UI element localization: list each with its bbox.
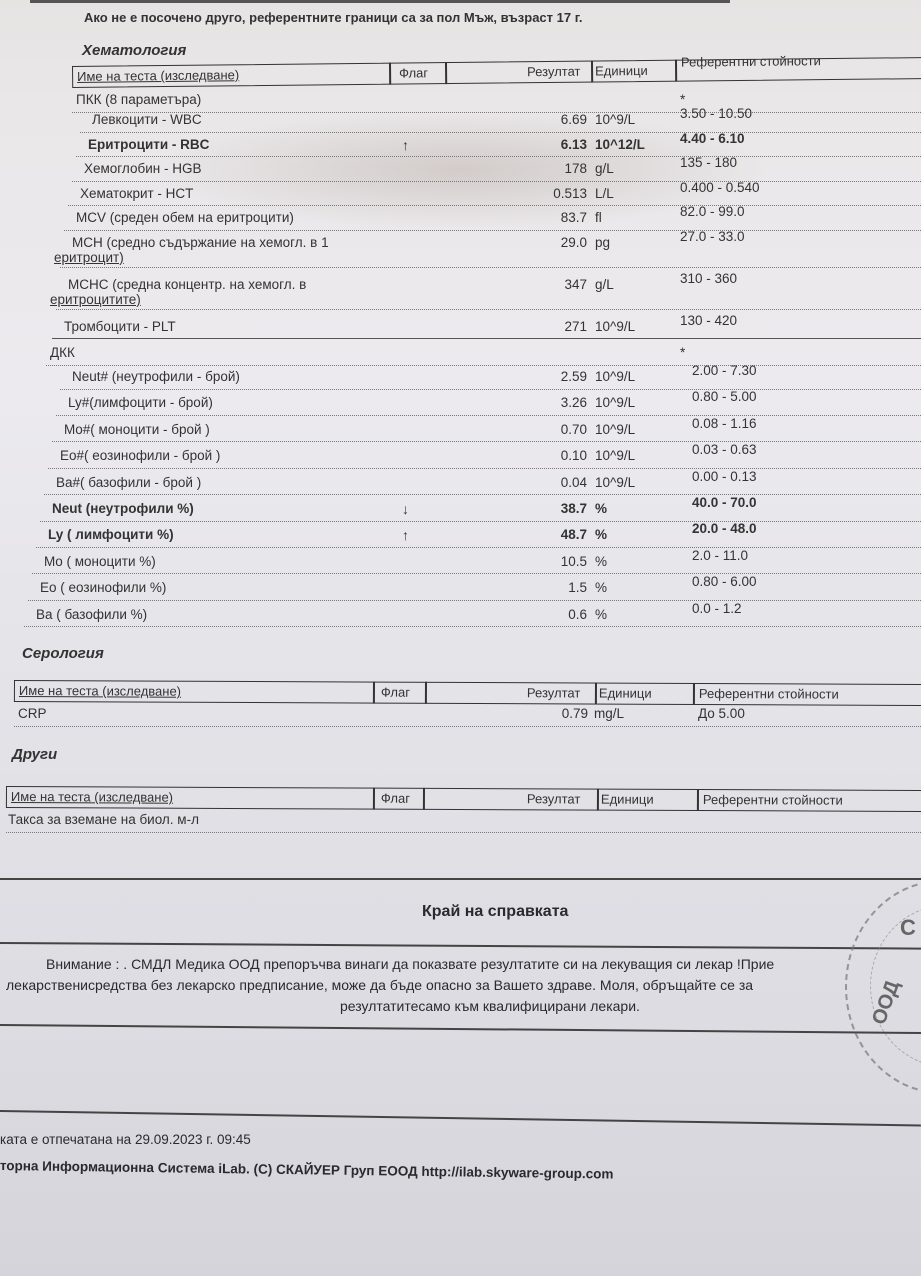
table-row: Еритроцити - RBC↑6.1310^12/L4.40 - 6.10 bbox=[76, 133, 921, 158]
table-row: MCV (среден обем на еритроцити)83.7fl82.… bbox=[64, 206, 921, 231]
test-name: Mo#( моноцити - брой ) bbox=[64, 422, 210, 437]
test-reference: 3.50 - 10.50 bbox=[680, 106, 752, 121]
header-flag: Флаг bbox=[381, 791, 410, 806]
section-title-other: Други bbox=[12, 746, 57, 763]
test-units: 10^9/L bbox=[595, 422, 635, 437]
flag-low-icon: ↓ bbox=[402, 501, 409, 517]
test-reference: 0.0 - 1.2 bbox=[692, 601, 742, 616]
group-ref-note: * bbox=[680, 345, 685, 360]
test-result: 0.513 bbox=[527, 186, 587, 201]
test-name: MCV (среден обем на еритроцити) bbox=[76, 210, 294, 225]
test-units: pg bbox=[595, 235, 610, 250]
top-rule bbox=[30, 0, 730, 3]
test-result: 38.7 bbox=[527, 501, 587, 516]
test-reference: 20.0 - 48.0 bbox=[692, 521, 757, 536]
table-row: Eo ( еозинофили %)1.5%0.80 - 6.00 bbox=[28, 576, 921, 601]
reference-note: Ако не е посочено друго, референтните гр… bbox=[84, 10, 582, 25]
test-reference: 2.0 - 11.0 bbox=[692, 548, 748, 563]
divider bbox=[0, 878, 921, 880]
printed-timestamp: ката е отпечатана на 29.09.2023 г. 09:45 bbox=[0, 1132, 251, 1147]
header-units: Единици bbox=[601, 792, 654, 807]
group-label: ПКК (8 параметъра) bbox=[76, 92, 201, 107]
table-row: Neut (неутрофили %)↓38.7%40.0 - 70.0 bbox=[40, 497, 921, 522]
table-row: Ly ( лимфоцити %)↑48.7%20.0 - 48.0 bbox=[36, 523, 921, 548]
test-result: 0.79 bbox=[528, 706, 588, 721]
table-row: MCH (средно съдържание на хемогл. в 1ери… bbox=[60, 231, 921, 268]
warning-line-2: лекарственисредства без лекарско предпис… bbox=[6, 977, 753, 993]
test-reference: До 5.00 bbox=[698, 706, 745, 721]
test-name-continued: еритроцитите) bbox=[50, 292, 141, 307]
section-title-hematology: Хематология bbox=[82, 42, 186, 59]
group-label-row: ДКК* bbox=[46, 341, 921, 366]
test-reference: 130 - 420 bbox=[680, 313, 737, 328]
test-name: Еритроцити - RBC bbox=[88, 137, 209, 152]
header-name: Име на теста (изследване) bbox=[19, 683, 181, 699]
test-units: L/L bbox=[595, 186, 614, 201]
flag-high-icon: ↑ bbox=[402, 137, 409, 153]
test-reference: 2.00 - 7.30 bbox=[692, 363, 757, 378]
test-result: 48.7 bbox=[527, 527, 587, 542]
test-units: 10^9/L bbox=[595, 475, 635, 490]
group-ref-note: * bbox=[680, 92, 685, 107]
test-result: 10.5 bbox=[527, 554, 587, 569]
divider bbox=[0, 942, 921, 949]
test-name: Neut (неутрофили %) bbox=[52, 501, 194, 516]
test-name: Тромбоцити - PLT bbox=[64, 319, 176, 334]
hematology-table-header: Име на теста (изследване) Флаг Резултат … bbox=[72, 57, 921, 88]
test-reference: 0.08 - 1.16 bbox=[692, 416, 757, 431]
test-units: g/L bbox=[595, 277, 614, 292]
test-result: 271 bbox=[527, 319, 587, 334]
test-reference: 310 - 360 bbox=[680, 271, 737, 286]
test-units: mg/L bbox=[594, 706, 624, 721]
test-name: Хемоглобин - HGB bbox=[84, 161, 201, 176]
table-row: Левкоцити - WBC6.6910^9/L3.50 - 10.50 bbox=[80, 108, 921, 133]
test-reference: 135 - 180 bbox=[680, 155, 737, 170]
test-result: 178 bbox=[527, 161, 587, 176]
test-name: Eo#( еозинофили - брой ) bbox=[60, 448, 220, 463]
test-units: 10^9/L bbox=[595, 395, 635, 410]
test-result: 0.70 bbox=[527, 422, 587, 437]
divider bbox=[0, 1024, 921, 1034]
test-result: 83.7 bbox=[527, 210, 587, 225]
test-units: 10^9/L bbox=[595, 319, 635, 334]
test-name: Ba#( базофили - брой ) bbox=[56, 475, 201, 490]
test-name: Такса за вземане на биол. м-л bbox=[8, 812, 199, 827]
table-row: Mo#( моноцити - брой )0.7010^9/L0.08 - 1… bbox=[52, 418, 921, 443]
test-units: % bbox=[595, 554, 607, 569]
test-name: CRP bbox=[18, 706, 47, 721]
group-label: ДКК bbox=[50, 345, 75, 360]
test-name: Левкоцити - WBC bbox=[92, 112, 202, 127]
table-row: Хематокрит - HCT0.513L/L0.400 - 0.540 bbox=[68, 182, 921, 207]
header-result: Резултат bbox=[527, 685, 580, 700]
test-name: Ly#(лимфоцити - брой) bbox=[68, 395, 213, 410]
test-reference: 82.0 - 99.0 bbox=[680, 204, 745, 219]
stamp-letter: С bbox=[900, 915, 916, 941]
test-units: % bbox=[595, 580, 607, 595]
test-reference: 0.80 - 5.00 bbox=[692, 389, 757, 404]
test-reference: 4.40 - 6.10 bbox=[680, 131, 745, 146]
table-row: Mo ( моноцити %)10.5%2.0 - 11.0 bbox=[32, 550, 921, 575]
test-name: Mo ( моноцити %) bbox=[44, 554, 156, 569]
table-row: Хемоглобин - HGB178g/L135 - 180 bbox=[72, 157, 921, 182]
test-result: 0.10 bbox=[527, 448, 587, 463]
test-result: 29.0 bbox=[527, 235, 587, 250]
header-flag: Флаг bbox=[381, 685, 410, 700]
test-result: 0.04 bbox=[527, 475, 587, 490]
test-units: 10^9/L bbox=[595, 369, 635, 384]
test-reference: 0.80 - 6.00 bbox=[692, 574, 757, 589]
test-result: 1.5 bbox=[527, 580, 587, 595]
table-row: Ba ( базофили %)0.6%0.0 - 1.2 bbox=[24, 603, 921, 628]
test-name: MCHC (средна концентр. на хемогл. в bbox=[68, 277, 306, 292]
test-result: 0.6 bbox=[527, 607, 587, 622]
header-reference: Референтни стойности bbox=[699, 686, 839, 702]
test-name: Ba ( базофили %) bbox=[36, 607, 147, 622]
table-row: Ly#(лимфоцити - брой)3.2610^9/L0.80 - 5.… bbox=[56, 391, 921, 416]
table-row: MCHC (средна концентр. на хемогл. веритр… bbox=[56, 273, 921, 310]
test-reference: 27.0 - 33.0 bbox=[680, 229, 745, 244]
test-result: 6.13 bbox=[527, 137, 587, 152]
header-result: Резултат bbox=[527, 791, 580, 806]
test-name: Хематокрит - HCT bbox=[80, 186, 193, 201]
header-units: Единици bbox=[599, 686, 652, 701]
header-units: Единици bbox=[595, 63, 648, 79]
table-row: Такса за вземане на биол. м-л bbox=[6, 808, 921, 833]
test-units: 10^9/L bbox=[595, 112, 635, 127]
test-name-continued: еритроцит) bbox=[54, 250, 124, 265]
test-name: Ly ( лимфоцити %) bbox=[48, 527, 174, 542]
test-units: 10^9/L bbox=[595, 448, 635, 463]
test-result: 3.26 bbox=[527, 395, 587, 410]
test-units: g/L bbox=[595, 161, 614, 176]
table-row: Ba#( базофили - брой )0.0410^9/L0.00 - 0… bbox=[44, 471, 921, 496]
warning-line-1: Внимание : . СМДЛ Медика ООД препоръчва … bbox=[46, 956, 774, 972]
test-units: % bbox=[595, 607, 607, 622]
section-title-serology: Серология bbox=[22, 645, 104, 662]
test-name: Neut# (неутрофили - брой) bbox=[72, 369, 240, 384]
header-reference: Референтни стойности bbox=[681, 53, 821, 69]
test-reference: 40.0 - 70.0 bbox=[692, 495, 757, 510]
header-result: Резултат bbox=[527, 64, 581, 80]
header-flag: Флаг bbox=[399, 65, 428, 80]
header-reference: Референтни стойности bbox=[703, 792, 843, 808]
divider bbox=[0, 1110, 921, 1126]
test-units: % bbox=[595, 527, 607, 542]
table-row: Eo#( еозинофили - брой )0.1010^9/L0.03 -… bbox=[48, 444, 921, 469]
header-name: Име на теста (изследване) bbox=[77, 67, 239, 84]
test-result: 6.69 bbox=[527, 112, 587, 127]
flag-high-icon: ↑ bbox=[402, 527, 409, 543]
header-name: Име на теста (изследване) bbox=[11, 789, 173, 805]
test-units: % bbox=[595, 501, 607, 516]
warning-line-3: резултатитесамо към квалифицирани лекари… bbox=[340, 998, 640, 1014]
test-result: 347 bbox=[527, 277, 587, 292]
end-of-report-title: Край на справката bbox=[422, 903, 568, 921]
test-name: MCH (средно съдържание на хемогл. в 1 bbox=[72, 235, 329, 250]
system-credit: торна Информационна Система iLab. (C) СК… bbox=[0, 1158, 614, 1182]
table-row: Neut# (неутрофили - брой)2.5910^9/L2.00 … bbox=[60, 365, 921, 390]
table-row: Тромбоцити - PLT27110^9/L130 - 420 bbox=[52, 315, 921, 340]
test-reference: 0.03 - 0.63 bbox=[692, 442, 757, 457]
test-units: fl bbox=[595, 210, 602, 225]
test-result: 2.59 bbox=[527, 369, 587, 384]
test-units: 10^12/L bbox=[595, 137, 645, 152]
table-row: CRP 0.79 mg/L До 5.00 bbox=[14, 702, 921, 727]
test-reference: 0.400 - 0.540 bbox=[680, 180, 760, 195]
test-name: Eo ( еозинофили %) bbox=[40, 580, 166, 595]
lab-report-page: Ако не е посочено друго, референтните гр… bbox=[0, 0, 921, 1276]
test-reference: 0.00 - 0.13 bbox=[692, 469, 757, 484]
